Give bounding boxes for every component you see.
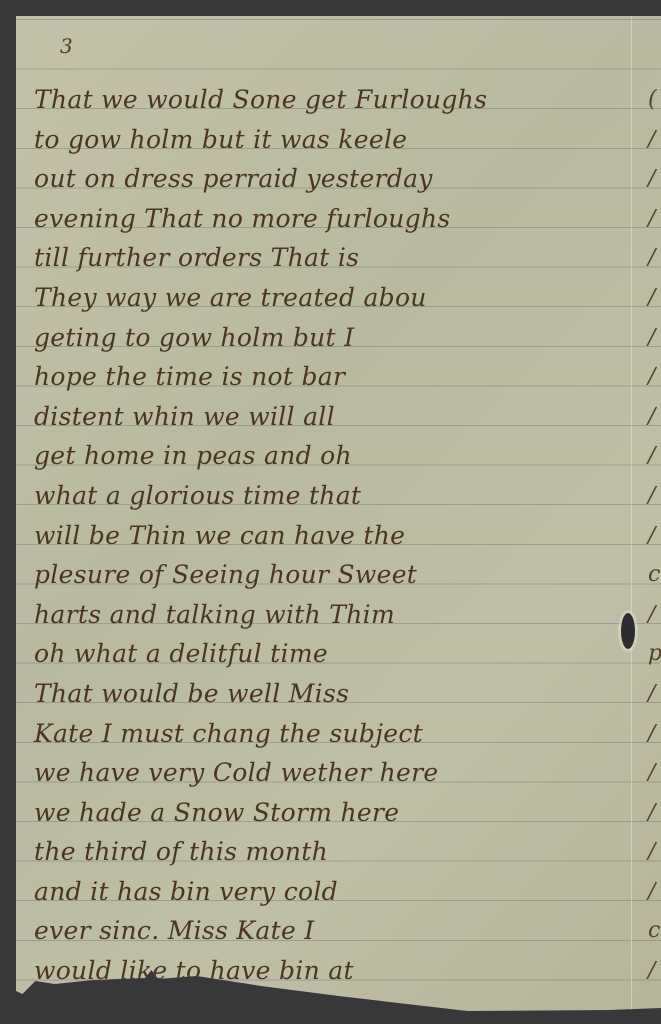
edge-text-fragment: ∕ xyxy=(648,436,661,476)
text-line: till further orders That is xyxy=(34,238,634,278)
text-line: evening That no more furloughs xyxy=(34,199,634,239)
edge-text-fragment: ∕ xyxy=(648,595,661,635)
punch-hole xyxy=(621,613,635,649)
edge-text-fragment: ∕ xyxy=(648,120,661,160)
handwritten-text: That we would Sone get Furloughsto gow h… xyxy=(34,80,634,991)
adjacent-page-edge-text: (∕∕∕∕∕∕∕∕∕∕∕c∕p∕∕∕∕∕∕c∕ xyxy=(648,80,661,991)
edge-text-fragment: ∕ xyxy=(648,357,661,397)
edge-text-fragment: ∕ xyxy=(648,516,661,556)
edge-text-fragment: ∕ xyxy=(648,199,661,239)
text-line: what a glorious time that xyxy=(34,476,634,516)
edge-text-fragment: ∕ xyxy=(648,951,661,991)
edge-text-fragment: ∕ xyxy=(648,793,661,833)
edge-text-fragment: ∕ xyxy=(648,159,661,199)
text-line: will be Thin we can have the xyxy=(34,516,634,556)
edge-text-fragment: ∕ xyxy=(648,674,661,714)
text-line: the third of this month xyxy=(34,832,634,872)
edge-text-fragment: ∕ xyxy=(648,397,661,437)
text-line: hope the time is not bar xyxy=(34,357,634,397)
text-line: ever sinc. Miss Kate I xyxy=(34,911,634,951)
text-line: plesure of Seeing hour Sweet xyxy=(34,555,634,595)
edge-text-fragment: ∕ xyxy=(648,476,661,516)
edge-text-fragment: c xyxy=(648,911,661,951)
letter-page: 3 That we would Sone get Furloughsto gow… xyxy=(16,16,661,1016)
edge-text-fragment: ∕ xyxy=(648,238,661,278)
text-line: we hade a Snow Storm here xyxy=(34,793,634,833)
edge-text-fragment: p xyxy=(648,634,661,674)
text-line: and it has bin very cold xyxy=(34,872,634,912)
text-line: They way we are treated abou xyxy=(34,278,634,318)
text-line: harts and talking with Thim xyxy=(34,595,634,635)
text-line: we have very Cold wether here xyxy=(34,753,634,793)
text-line: out on dress perraid yesterday xyxy=(34,159,634,199)
edge-text-fragment: c xyxy=(648,555,661,595)
text-line: would like to have bin at xyxy=(34,951,634,991)
text-line: That we would Sone get Furloughs xyxy=(34,80,634,120)
page-number: 3 xyxy=(60,34,73,58)
edge-text-fragment: ∕ xyxy=(648,278,661,318)
edge-text-fragment: ∕ xyxy=(648,318,661,358)
text-line: oh what a delitful time xyxy=(34,634,634,674)
text-line: get home in peas and oh xyxy=(34,436,634,476)
text-line: That would be well Miss xyxy=(34,674,634,714)
edge-text-fragment: ∕ xyxy=(648,753,661,793)
edge-text-fragment: ∕ xyxy=(648,714,661,754)
edge-text-fragment: ∕ xyxy=(648,832,661,872)
edge-text-fragment: ( xyxy=(648,80,661,120)
text-line: distent whin we will all xyxy=(34,397,634,437)
edge-text-fragment: ∕ xyxy=(648,872,661,912)
text-line: geting to gow holm but I xyxy=(34,318,634,358)
text-line: to gow holm but it was keele xyxy=(34,120,634,160)
text-line: Kate I must chang the subject xyxy=(34,714,634,754)
